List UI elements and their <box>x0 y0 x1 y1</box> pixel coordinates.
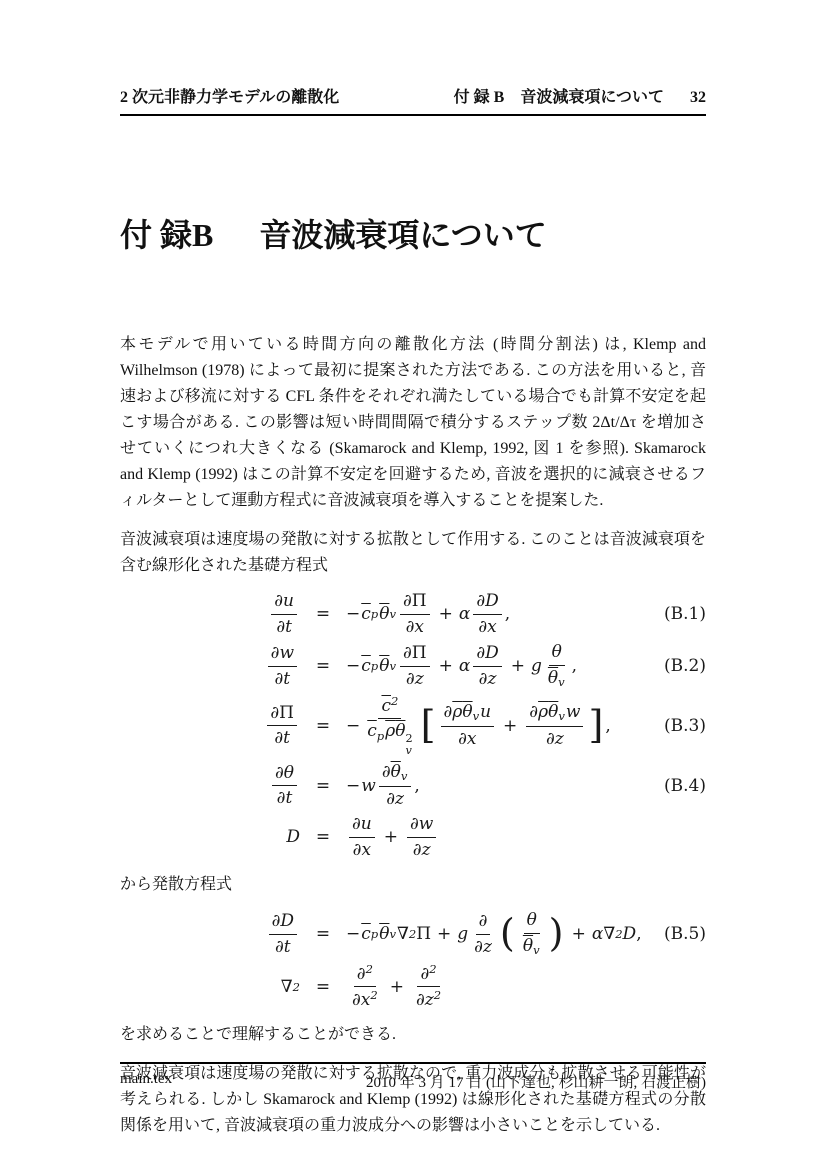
math-token: g <box>531 656 542 676</box>
math-fraction: ∂Π∂t <box>267 703 297 749</box>
math-token: + <box>503 716 517 736</box>
equation-rhs: −cpθv∂Π∂z+α∂D∂z+gθθv, <box>346 642 650 690</box>
math-fraction: ∂D∂z <box>473 643 501 689</box>
math-fraction: ∂u∂t <box>271 591 297 637</box>
math-token: w <box>361 776 376 796</box>
math-token: ρ <box>452 702 462 722</box>
math-token: α <box>459 604 470 624</box>
math-fraction: ∂θv∂z <box>379 762 412 810</box>
equation-B2: ∂w∂t=−cpθv∂Π∂z+α∂D∂z+gθθv,(B.2) <box>120 642 706 690</box>
math-fraction: θθv <box>545 642 569 690</box>
math-token: 2 <box>293 980 300 994</box>
math-token: + <box>437 924 451 944</box>
math-token: v <box>533 943 540 957</box>
math-token: Π <box>279 703 294 723</box>
math-token: 2 <box>615 927 622 941</box>
math-token: ∂ <box>403 643 412 663</box>
paragraph-divergence-lead: から発散方程式 <box>120 872 706 898</box>
equals-sign: = <box>300 716 346 736</box>
math-token: v <box>389 927 396 941</box>
equation-lhs: ∂D∂t <box>120 911 300 957</box>
equals-sign: = <box>300 924 346 944</box>
math-token: c <box>361 924 371 944</box>
math-token: θ <box>379 924 389 944</box>
equation-block-divergence: ∂D∂t=−cpθv∇2Π+g∂∂z(θθv)+α∇2D,(B.5) ∇2=∂2… <box>120 910 706 1010</box>
math-token: v <box>558 709 565 723</box>
math-token: , <box>605 716 610 736</box>
math-token: p <box>371 607 378 621</box>
math-fraction: ∂D∂x <box>473 591 501 637</box>
math-token: ∇ <box>281 977 293 997</box>
math-token: Π <box>412 591 427 611</box>
equation-number: (B.1) <box>650 604 706 624</box>
math-fraction: ∂θ∂t <box>272 763 297 809</box>
math-fraction: ∂2∂z2 <box>413 963 444 1010</box>
math-token: , <box>414 776 419 796</box>
math-token: ∂w <box>410 814 433 834</box>
math-token: ∂ <box>444 702 453 722</box>
paragraph-damping-intro: 音波減衰項は速度場の発散に対する拡散として作用する. このことは音波減衰項を含む… <box>120 527 706 579</box>
equation-number: (B.2) <box>650 656 706 676</box>
math-fraction: ∂D∂t <box>269 911 297 957</box>
equals-sign: = <box>300 656 346 676</box>
math-token: D <box>286 827 300 847</box>
math-token: ∂D <box>476 643 498 663</box>
math-token: ∂x <box>352 990 370 1010</box>
math-token: ∇ <box>603 924 615 944</box>
math-token: ∇ <box>397 924 409 944</box>
equation-D-definition: D=∂u∂x+∂w∂z <box>120 814 706 860</box>
equation-number: (B.3) <box>650 716 706 736</box>
equation-rhs: −cpθv∇2Π+g∂∂z(θθv)+α∇2D, <box>346 910 650 958</box>
math-fraction: ∂∂z <box>471 911 495 957</box>
math-token: v <box>558 675 565 689</box>
math-token: − <box>346 604 360 624</box>
math-fraction: θθv <box>520 910 544 958</box>
math-token: 2 <box>370 988 377 1002</box>
equation-nabla-definition: ∇2=∂2∂x2+∂2∂z2 <box>120 963 706 1010</box>
math-token: ( <box>500 919 515 950</box>
math-token: + <box>390 977 404 997</box>
math-fraction: ∂Π∂x <box>400 591 430 637</box>
math-token: ∂x <box>478 617 496 637</box>
equation-rhs: −w∂θv∂z, <box>346 762 650 810</box>
math-fraction: ∂2∂x2 <box>349 963 381 1010</box>
math-token: θ <box>395 721 405 741</box>
equation-lhs: ∂u∂t <box>120 591 300 637</box>
math-token: v <box>401 769 408 783</box>
math-token: + <box>572 924 586 944</box>
math-token: ∂z <box>546 729 564 749</box>
math-token: p <box>371 659 378 673</box>
math-token: c <box>381 696 391 716</box>
math-token: 2v <box>405 733 412 757</box>
math-token: v <box>389 659 396 673</box>
footer-date: 2010 年 3 月 17 日 (山下達也, 杉山耕一朗, 石渡正樹) <box>366 1071 706 1092</box>
math-token: − <box>346 924 360 944</box>
math-token: p <box>371 927 378 941</box>
math-token: ∂D <box>476 591 498 611</box>
math-token: ∂z <box>416 990 434 1010</box>
equation-lhs: ∇2 <box>120 977 300 997</box>
math-fraction: ∂Π∂z <box>400 643 430 689</box>
math-token: ∂u <box>274 591 294 611</box>
math-token: ) <box>549 919 564 950</box>
math-token: ∂ <box>403 591 412 611</box>
math-token: ∂x <box>353 840 371 860</box>
math-token: θ <box>379 656 389 676</box>
equation-rhs: ∂2∂x2+∂2∂z2 <box>346 963 650 1010</box>
page-content: 2 次元非静力学モデルの離散化 付 録 B 音波減衰項について 32 付 録B … <box>0 0 826 1139</box>
math-token: ∂z <box>474 937 492 957</box>
math-token: w <box>566 702 581 722</box>
math-token: ] <box>588 711 603 742</box>
equation-number: (B.4) <box>650 776 706 796</box>
math-token: c <box>361 604 371 624</box>
math-token: g <box>457 924 468 944</box>
header-appendix-title: 付 録 B 音波減衰項について <box>454 84 664 107</box>
math-token: − <box>346 776 360 796</box>
math-token: Π <box>412 643 427 663</box>
math-token: θ <box>523 936 533 956</box>
math-token: θ <box>379 604 389 624</box>
math-token: θ <box>462 702 472 722</box>
page-footer: main.tex 2010 年 3 月 17 日 (山下達也, 杉山耕一朗, 石… <box>120 1062 706 1092</box>
appendix-label: 付 録B <box>120 217 213 253</box>
math-token: θ <box>391 762 401 782</box>
math-token: α <box>592 924 603 944</box>
math-token: ρ <box>385 721 395 741</box>
math-token: v <box>389 607 396 621</box>
equation-rhs: −c2cpρθ2v[∂ρθvu∂x+∂ρθvw∂z], <box>346 695 650 757</box>
math-token: ∂z <box>406 669 424 689</box>
math-token: ∂z <box>413 840 431 860</box>
math-token: ρ <box>538 702 548 722</box>
document-page: 2 次元非静力学モデルの離散化 付 録 B 音波減衰項について 32 付 録B … <box>0 0 826 1169</box>
math-token: ∂x <box>406 617 424 637</box>
math-token: 2 <box>409 927 416 941</box>
math-token: p <box>377 729 384 743</box>
equation-B3: ∂Π∂t=−c2cpρθ2v[∂ρθvu∂x+∂ρθvw∂z],(B.3) <box>120 695 706 757</box>
math-token: v <box>473 709 480 723</box>
math-token: ∂θ <box>275 763 294 783</box>
paragraph-understanding: を求めることで理解することができる. <box>120 1022 706 1048</box>
equation-lhs: ∂Π∂t <box>120 703 300 749</box>
math-token: + <box>439 604 453 624</box>
math-token: ∂u <box>352 814 372 834</box>
math-token: α <box>459 656 470 676</box>
math-token: 2 <box>366 962 373 976</box>
math-token: ∂D <box>272 911 294 931</box>
math-token: , <box>505 604 510 624</box>
math-fraction: ∂u∂x <box>349 814 375 860</box>
math-token: Π <box>416 924 431 944</box>
math-token: [ <box>421 711 436 742</box>
math-token: 2 <box>429 962 436 976</box>
equals-sign: = <box>300 604 346 624</box>
equation-B1: ∂u∂t=−cpθv∂Π∂x+α∂D∂x,(B.1) <box>120 591 706 637</box>
math-fraction: ∂ρθvu∂x <box>441 702 495 750</box>
math-fraction: ∂w∂z <box>407 814 436 860</box>
equation-lhs: ∂w∂t <box>120 643 300 689</box>
equation-number: (B.5) <box>650 924 706 944</box>
paragraph-intro: 本モデルで用いている時間方向の離散化方法 (時間分割法) は, Klemp an… <box>120 332 706 514</box>
footer-filename: main.tex <box>120 1071 172 1092</box>
math-token: D <box>623 924 637 944</box>
header-chapter-title: 2 次元非静力学モデルの離散化 <box>120 84 339 107</box>
equation-B5: ∂D∂t=−cpθv∇2Π+g∂∂z(θθv)+α∇2D,(B.5) <box>120 910 706 958</box>
math-token: θ <box>552 642 562 662</box>
math-token: , <box>636 924 641 944</box>
math-token: ∂ <box>382 762 391 782</box>
math-token: c <box>361 656 371 676</box>
equals-sign: = <box>300 827 346 847</box>
equals-sign: = <box>300 776 346 796</box>
equation-rhs: ∂u∂x+∂w∂z <box>346 814 650 860</box>
math-token: 2 <box>391 694 398 708</box>
math-token: − <box>346 656 360 676</box>
math-token: ∂t <box>277 788 293 808</box>
math-token: ∂ <box>479 911 488 931</box>
math-token: θ <box>527 910 537 930</box>
appendix-title: 付 録B 音波減衰項について <box>120 216 706 254</box>
math-token: u <box>480 702 491 722</box>
math-fraction: c2cpρθ2v <box>364 695 415 757</box>
math-token: 2 <box>434 988 441 1002</box>
math-token: ∂w <box>271 643 294 663</box>
appendix-title-text: 音波減衰項について <box>259 217 546 253</box>
math-token: c <box>367 721 377 741</box>
math-token: ∂t <box>275 669 291 689</box>
math-token: ∂z <box>386 789 404 809</box>
math-token: ∂t <box>276 617 292 637</box>
equation-rhs: −cpθv∂Π∂x+α∂D∂x, <box>346 591 650 637</box>
equation-lhs: D <box>120 827 300 847</box>
page-number: 32 <box>690 89 706 107</box>
math-token: ∂ <box>270 703 279 723</box>
math-token: ∂x <box>458 729 476 749</box>
math-token: ∂ <box>529 702 538 722</box>
page-header: 2 次元非静力学モデルの離散化 付 録 B 音波減衰項について 32 <box>120 0 706 116</box>
equals-sign: = <box>300 977 346 997</box>
equation-block-linearized: ∂u∂t=−cpθv∂Π∂x+α∂D∂x,(B.1) ∂w∂t=−cpθv∂Π∂… <box>120 591 706 860</box>
math-token: θ <box>548 702 558 722</box>
math-token: , <box>572 656 577 676</box>
math-token: + <box>511 656 525 676</box>
math-token: θ <box>548 668 558 688</box>
math-token: + <box>439 656 453 676</box>
math-token: ∂ <box>357 964 366 984</box>
equation-B4: ∂θ∂t=−w∂θv∂z,(B.4) <box>120 762 706 810</box>
math-fraction: ∂ρθvw∂z <box>526 702 583 750</box>
math-token: ∂z <box>479 669 497 689</box>
math-fraction: ∂w∂t <box>268 643 297 689</box>
math-token: ∂t <box>274 728 290 748</box>
math-token: ∂ <box>420 964 429 984</box>
math-token: − <box>346 716 360 736</box>
equation-lhs: ∂θ∂t <box>120 763 300 809</box>
math-token: + <box>384 827 398 847</box>
math-token: ∂t <box>275 937 291 957</box>
